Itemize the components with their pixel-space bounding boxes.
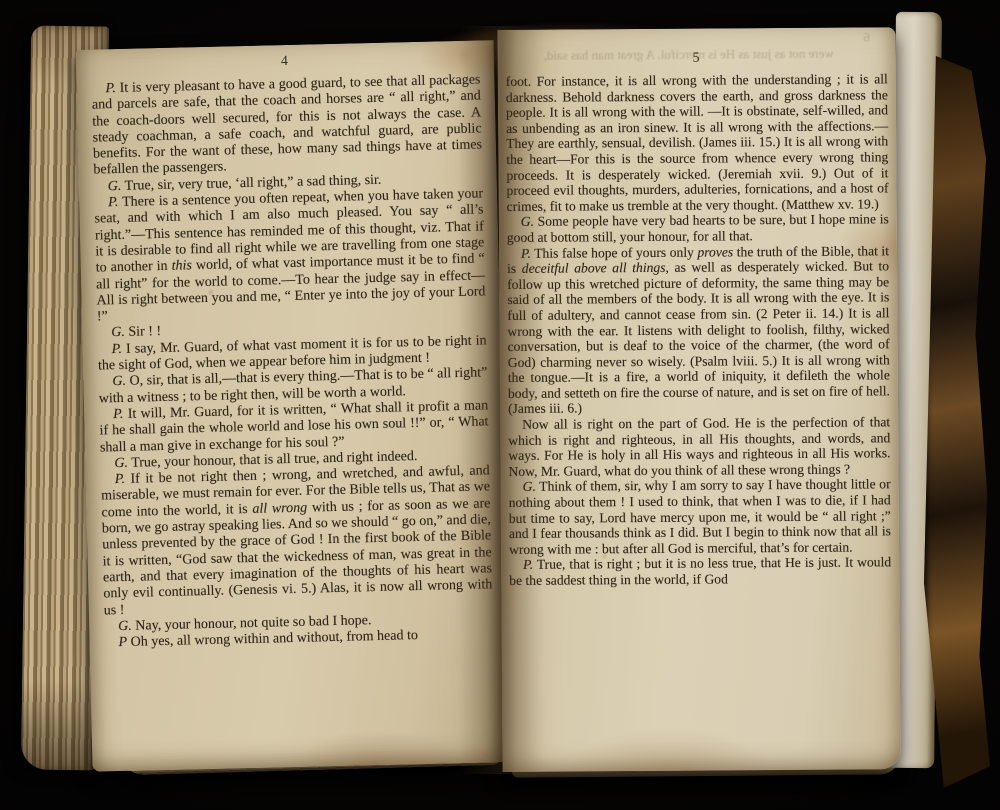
emphasized-text: all wrong [252, 500, 307, 516]
emphasized-text: G. [108, 179, 122, 194]
emphasized-text: P. [521, 245, 531, 260]
body-text: foot. For instance, it is all wrong with… [506, 71, 889, 213]
paragraph: Now all is right on the part of God. He … [508, 414, 890, 479]
emphasized-text: deceitful above all things [522, 260, 666, 276]
emphasized-text: P. [113, 407, 124, 422]
body-text: This false hope of yours only [531, 244, 698, 260]
body-text: It will, Mr. Guard, for it is written, “… [99, 398, 488, 455]
paragraph: foot. For instance, it is all wrong with… [506, 71, 889, 214]
body-text: Sir ! ! [125, 324, 162, 340]
body-text: , as well as desperately wicked. But to … [507, 258, 890, 416]
emphasized-text: G. [112, 374, 126, 389]
paragraph: P. There is a sentence you often repeat,… [94, 186, 486, 326]
emphasized-text: this [171, 259, 192, 274]
emphasized-text: P. [115, 472, 126, 487]
body-text: Now all is right on the part of God. He … [508, 414, 890, 478]
book-photo: 4 P. It is very pleasant to have a good … [0, 0, 1000, 810]
emphasized-text: G. [114, 456, 128, 471]
emphasized-text: P [118, 635, 127, 650]
body-text: It is very pleasant to have a good guard… [92, 72, 482, 178]
emphasized-text: G. [521, 214, 534, 229]
paragraph: G. Think of them, sir, why I am sorry to… [509, 477, 892, 558]
paragraph: P. This false hope of yours only proves … [507, 243, 890, 417]
text-column-right: foot. For instance, it is all wrong with… [506, 71, 892, 588]
body-text: Some people have very bad hearts to be s… [507, 212, 889, 245]
page-left: 4 P. It is very pleasant to have a good … [76, 40, 511, 772]
text-column-left: P. It is very pleasant to have a good gu… [91, 72, 493, 651]
paragraph: P. It is very pleasant to have a good gu… [91, 72, 482, 179]
paragraph: P. If it be not right then ; wrong, and … [101, 463, 493, 619]
page-right: were not as just as He is merciful. A gr… [497, 27, 900, 772]
emphasized-text: P. [112, 342, 123, 357]
body-text: True, that is right ; but it is no less … [509, 555, 891, 588]
emphasized-text: P. [523, 557, 533, 572]
emphasized-text: G. [118, 619, 132, 634]
paragraph: G. Some people have very bad hearts to b… [507, 212, 889, 246]
book-cover-right [924, 56, 990, 788]
emphasized-text: P. [108, 195, 119, 210]
paragraph: P. True, that is right ; but it is no le… [509, 555, 891, 589]
body-text: Think of them, sir, why I am sorry to sa… [509, 477, 891, 557]
page-number-left: 4 [76, 49, 494, 75]
emphasized-text: P. [105, 81, 116, 96]
page-number-right: 5 [498, 49, 896, 68]
emphasized-text: G. [523, 479, 536, 494]
emphasized-text: G. [111, 325, 125, 340]
emphasized-text: proves [697, 244, 733, 259]
show-through-page-number: 6 [863, 29, 870, 45]
